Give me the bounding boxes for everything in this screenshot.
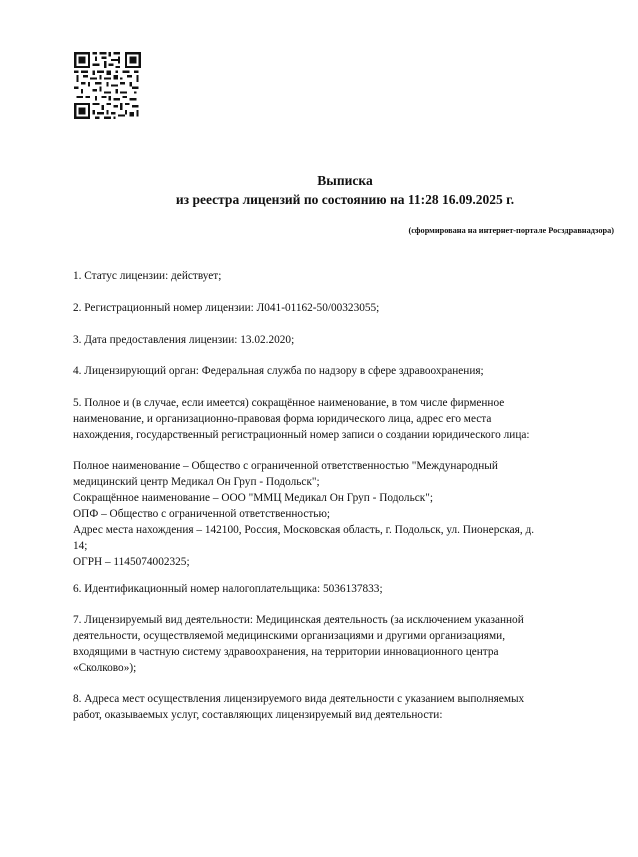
item-licensed-activity: 7. Лицензируемый вид деятельности: Медиц… [73, 612, 601, 676]
text-line: 2. Регистрационный номер лицензии: Л041-… [73, 300, 601, 316]
source-note: (сформирована на интернет-портале Росздр… [408, 225, 614, 237]
text-line: наименование, и организационно-правовая … [73, 411, 601, 427]
item-issue-date: 3. Дата предоставления лицензии: 13.02.2… [73, 332, 601, 348]
item-registration-number: 2. Регистрационный номер лицензии: Л041-… [73, 300, 601, 316]
item-legal-entity-details: Полное наименование – Общество с огранич… [73, 458, 601, 570]
text-line: 4. Лицензирующий орган: Федеральная служ… [73, 363, 601, 379]
qr-code-icon [74, 52, 141, 119]
item-licensing-authority: 4. Лицензирующий орган: Федеральная служ… [73, 363, 601, 379]
text-line: 8. Адреса мест осуществления лицензируем… [73, 691, 601, 707]
text-line: ОГРН – 1145074002325; [73, 554, 601, 570]
text-line: 1. Статус лицензии: действует; [73, 268, 601, 284]
item-legal-entity-heading: 5. Полное и (в случае, если имеется) сок… [73, 395, 601, 443]
item-license-status: 1. Статус лицензии: действует; [73, 268, 601, 284]
text-line: ОПФ – Общество с ограниченной ответствен… [73, 506, 601, 522]
text-line: работ, оказываемых услуг, составляющих л… [73, 707, 601, 723]
text-line: Адрес места нахождения – 142100, Россия,… [73, 522, 601, 538]
text-line: 14; [73, 538, 601, 554]
text-line: деятельности, осуществляемой медицинским… [73, 628, 601, 644]
text-line: 3. Дата предоставления лицензии: 13.02.2… [73, 332, 601, 348]
text-line: медицинский центр Медикал Он Груп - Подо… [73, 474, 601, 490]
text-line: Сокращённое наименование – ООО "ММЦ Меди… [73, 490, 601, 506]
document-page: Выписка из реестра лицензий по состоянию… [0, 0, 638, 857]
text-line: 5. Полное и (в случае, если имеется) сок… [73, 395, 601, 411]
document-title: Выписка [26, 171, 638, 191]
text-line: «Сколково»); [73, 660, 601, 676]
text-line: нахождения, государственный регистрацион… [73, 427, 601, 443]
text-line: входящими в частную систему здравоохране… [73, 644, 601, 660]
document-subtitle: из реестра лицензий по состоянию на 11:2… [26, 190, 638, 210]
item-tax-id: 6. Идентификационный номер налогоплатель… [73, 581, 601, 597]
text-line: 7. Лицензируемый вид деятельности: Медиц… [73, 612, 601, 628]
text-line: Полное наименование – Общество с огранич… [73, 458, 601, 474]
item-activity-addresses: 8. Адреса мест осуществления лицензируем… [73, 691, 601, 723]
text-line: 6. Идентификационный номер налогоплатель… [73, 581, 601, 597]
